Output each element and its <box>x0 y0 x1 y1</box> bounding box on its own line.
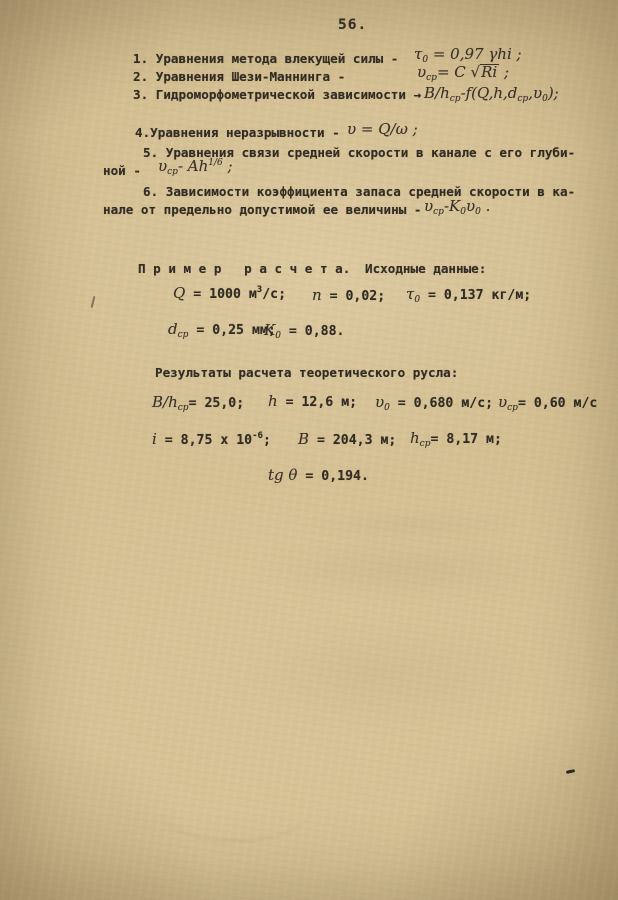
equation-item-6-formula: υср-K0υ0 . <box>424 198 490 215</box>
math-var: B/hср <box>152 393 189 411</box>
equation-item-6-label-line2: нале от предельно допустимой ее величины… <box>103 202 421 217</box>
math-var: τ0 <box>406 285 420 303</box>
pencil-smudge <box>160 780 310 842</box>
value-B: B = 204,3 м; <box>298 431 396 449</box>
value-dsr: dср = 0,25 мм; <box>168 321 276 339</box>
math-rest: = 0,88. <box>281 324 345 339</box>
math-var: n <box>312 286 322 304</box>
math-rest: = 0,02; <box>322 289 386 304</box>
math-var: h <box>268 392 278 410</box>
equation-item-1-formula: τ0 = 0,97 γhi ; <box>414 46 522 63</box>
math-rest: = 1000 м3/с; <box>185 287 286 302</box>
ink-speck <box>91 296 96 308</box>
equation-item-5-formula: υср- Ah1/6 ; <box>158 158 233 175</box>
value-Q: Q = 1000 м3/с; <box>173 285 286 303</box>
value-B-hsr-ratio: B/hср= 25,0; <box>152 394 244 412</box>
math-rest: = 12,6 м; <box>278 395 357 410</box>
bleed-through-smudge <box>250 540 550 600</box>
page-number: 56. <box>338 17 367 34</box>
math-var: tg θ <box>268 466 297 484</box>
math-var: υср <box>498 393 518 411</box>
math-rest: = 0,25 мм; <box>188 323 275 338</box>
math-var: υ0 <box>375 393 390 411</box>
equation-item-2-formula: υср= C √Ri ; <box>417 64 509 81</box>
equation-item-3-label: 3. Гидроморфометрической зависимости → <box>133 87 421 102</box>
results-heading: Результаты расчета теоретического русла: <box>155 365 458 380</box>
scanned-document-page: 56. 1. Уравнения метода влекущей силы - … <box>0 0 618 900</box>
equation-item-5-label-line2: ной - <box>103 163 141 178</box>
math-rest: = 8,75 x 10-6; <box>157 433 271 448</box>
example-heading-rest: Исходные данные: <box>365 261 486 276</box>
math-rest: = 8,17 м; <box>430 432 501 447</box>
value-K0: K0 = 0,88. <box>264 322 344 340</box>
equation-item-2-label: 2. Уравнения Шези-Маннинга - <box>133 69 345 84</box>
equation-item-3-formula: B/hср-f(Q,h,dср,υ0); <box>424 85 559 102</box>
bleed-through-smudge <box>200 620 540 730</box>
value-v0: υ0 = 0,680 м/с; <box>375 394 493 412</box>
value-i: i = 8,75 x 10-6; <box>152 431 271 449</box>
math-rest: = 0,680 м/с; <box>390 396 493 411</box>
value-hsr: hср= 8,17 м; <box>410 430 502 448</box>
equation-item-4-label: 4.Уравнения неразрывности - <box>135 125 340 140</box>
math-var: B <box>298 430 309 448</box>
value-tg-theta: tg θ = 0,194. <box>268 467 369 485</box>
equation-item-1-label: 1. Уравнения метода влекущей силы - <box>133 51 398 66</box>
math-var: K0 <box>264 321 281 339</box>
ink-speck <box>566 769 575 774</box>
equation-item-6-label-line1: 6. Зависимости коэффициента запаса средн… <box>143 184 575 199</box>
math-var: Q <box>173 284 185 302</box>
math-rest: = 25,0; <box>189 396 245 411</box>
value-n: n = 0,02; <box>312 287 385 305</box>
math-rest: = 0,194. <box>297 469 368 484</box>
equation-item-4-formula: υ = Q/ω ; <box>347 121 418 138</box>
math-rest: = 0,60 м/с <box>518 396 597 411</box>
value-tau0: τ0 = 0,137 кг/м; <box>406 286 531 304</box>
math-rest: = 204,3 м; <box>309 433 396 448</box>
value-h: h = 12,6 м; <box>268 393 357 411</box>
value-vsr: υср= 0,60 м/с <box>498 394 597 412</box>
math-var: hср <box>410 429 430 447</box>
math-rest: = 0,137 кг/м; <box>420 288 531 303</box>
bleed-through-smudge <box>300 510 520 540</box>
math-var: dср <box>168 320 188 338</box>
example-heading-spaced: П р и м е р р а с ч е т а. <box>138 261 350 276</box>
